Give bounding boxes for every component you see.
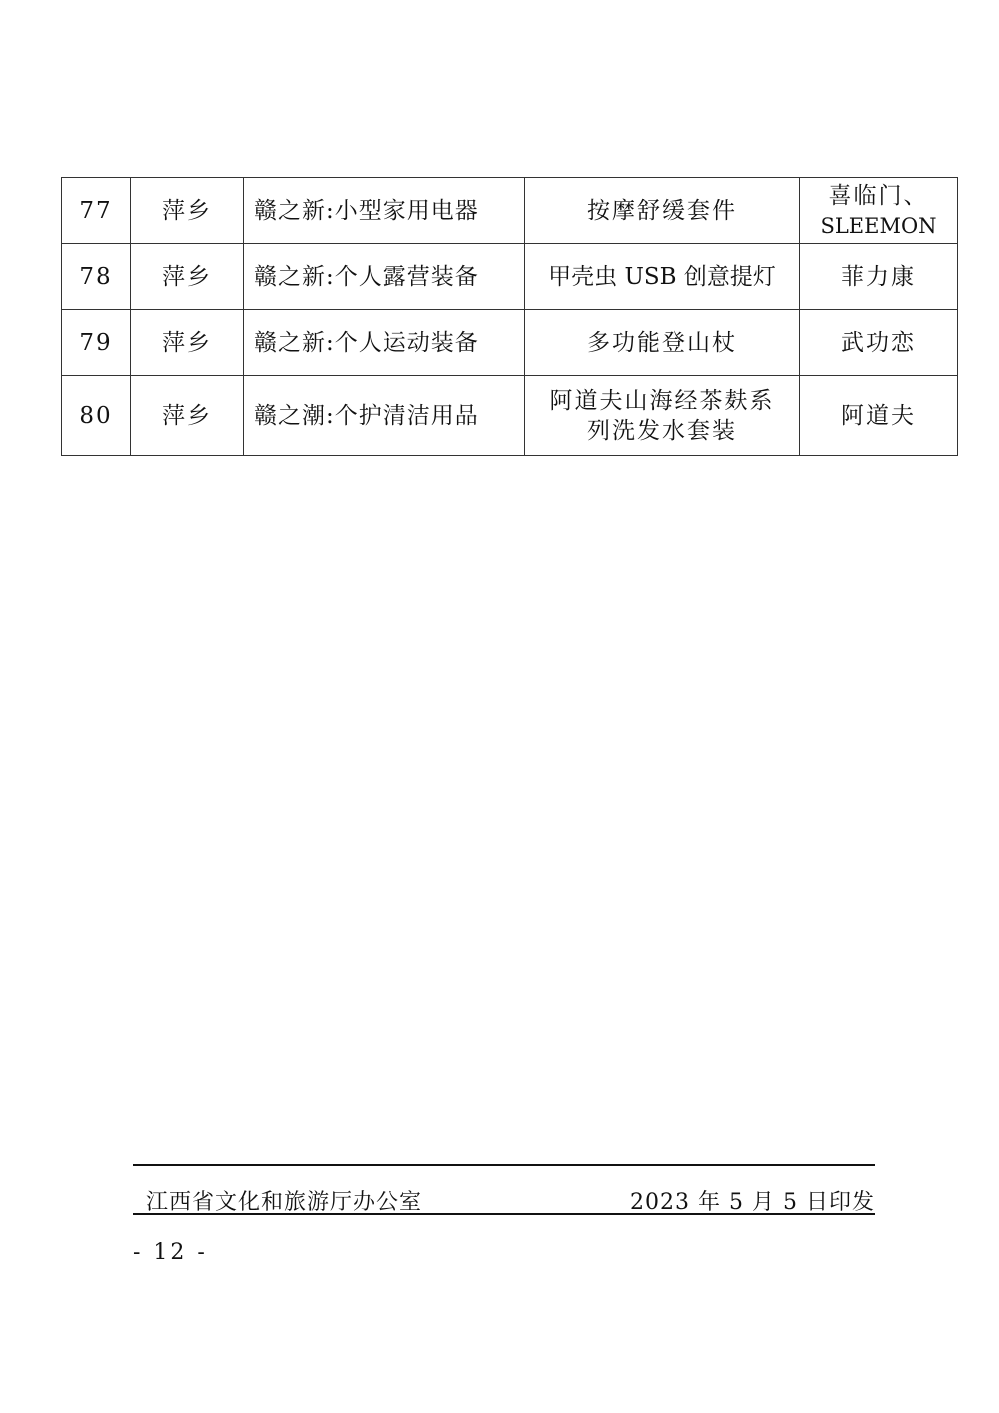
product-cell: 阿道夫山海经茶麸系 列洗发水套装	[525, 376, 800, 456]
table-row: 77 萍乡 赣之新:小型家用电器 按摩舒缓套件 喜临门、 SLEEMON	[62, 178, 958, 244]
product-cell: 多功能登山杖	[525, 310, 800, 376]
footer-bottom-rule	[133, 1213, 875, 1215]
table-row: 78 萍乡 赣之新:个人露营装备 甲壳虫 USB 创意提灯 菲力康	[62, 244, 958, 310]
category-cell: 赣之新:个人露营装备	[244, 244, 525, 310]
brand-cell: 喜临门、 SLEEMON	[800, 178, 958, 244]
brand-line-1: 喜临门、	[804, 181, 953, 211]
brand-line-2: SLEEMON	[804, 211, 953, 241]
city-cell: 萍乡	[131, 376, 244, 456]
product-table: 77 萍乡 赣之新:小型家用电器 按摩舒缓套件 喜临门、 SLEEMON 78 …	[61, 177, 958, 456]
category-cell: 赣之新:个人运动装备	[244, 310, 525, 376]
city-cell: 萍乡	[131, 310, 244, 376]
product-cell: 按摩舒缓套件	[525, 178, 800, 244]
product-line-1: 阿道夫山海经茶麸系	[529, 386, 795, 416]
row-number: 77	[62, 178, 131, 244]
issue-date: 2023 年 5 月 5 日印发	[630, 1185, 875, 1216]
issuer-name: 江西省文化和旅游厅办公室	[146, 1185, 422, 1216]
product-line-2: 列洗发水套装	[529, 416, 795, 446]
category-cell: 赣之新:小型家用电器	[244, 178, 525, 244]
brand-cell: 武功恋	[800, 310, 958, 376]
row-number: 79	[62, 310, 131, 376]
row-number: 80	[62, 376, 131, 456]
row-number: 78	[62, 244, 131, 310]
city-cell: 萍乡	[131, 178, 244, 244]
brand-cell: 阿道夫	[800, 376, 958, 456]
city-cell: 萍乡	[131, 244, 244, 310]
table-row: 79 萍乡 赣之新:个人运动装备 多功能登山杖 武功恋	[62, 310, 958, 376]
brand-cell: 菲力康	[800, 244, 958, 310]
page-number: - 12 -	[133, 1240, 208, 1265]
product-cell: 甲壳虫 USB 创意提灯	[525, 244, 800, 310]
table-row: 80 萍乡 赣之潮:个护清洁用品 阿道夫山海经茶麸系 列洗发水套装 阿道夫	[62, 376, 958, 456]
category-cell: 赣之潮:个护清洁用品	[244, 376, 525, 456]
footer-top-rule	[133, 1164, 875, 1166]
